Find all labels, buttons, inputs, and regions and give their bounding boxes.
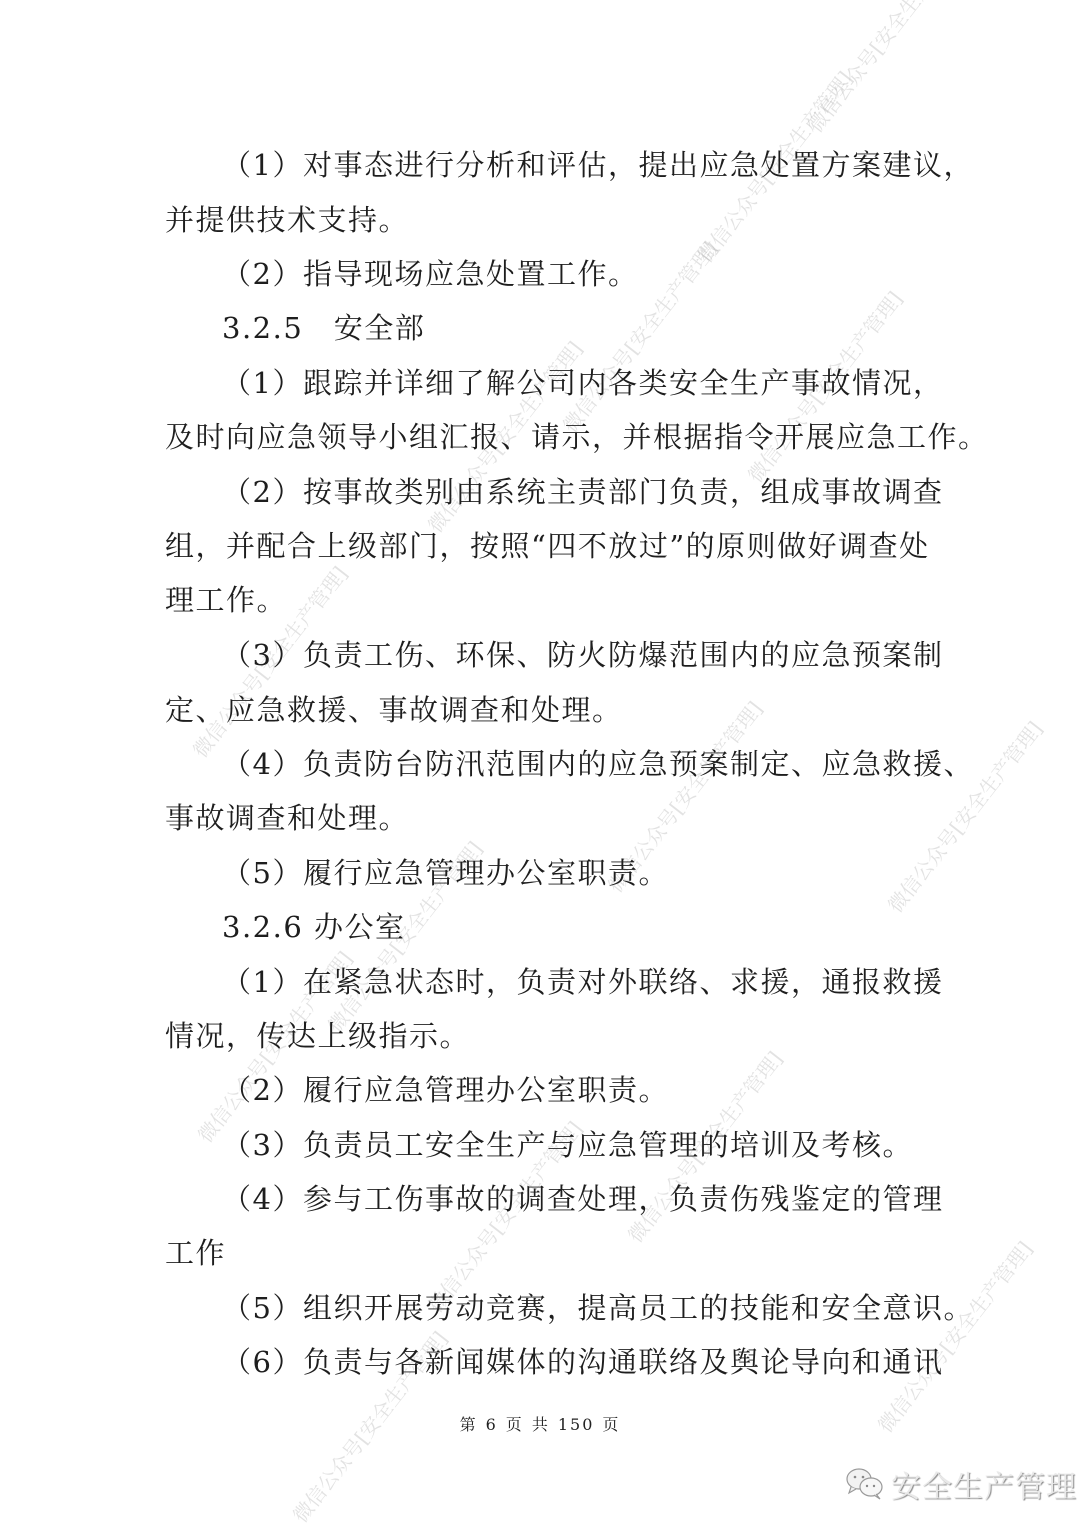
footer-page-unit: 页 [506, 1415, 524, 1434]
watermark: 微信公众号[安全生产管理] [870, 1234, 1038, 1438]
text-line: （3）负责工伤、环保、防火防爆范围内的应急预案制 [222, 635, 943, 675]
text-line: 工作 [165, 1233, 226, 1273]
text-line: （4）负责防台防汛范围内的应急预案制定、应急救援、 [222, 744, 974, 784]
text-line: 组，并配合上级部门，按照“四不放过”的原则做好调查处 [165, 526, 930, 566]
text-line: 并提供技术支持。 [165, 200, 409, 240]
brand-label: 安全生产管理 [891, 1462, 1077, 1506]
text-line: 及时向应急领导小组汇报、请示，并根据指令开展应急工作。 [165, 417, 989, 457]
text-line: （6）负责与各新闻媒体的沟通联络及舆论导向和通讯 [222, 1342, 943, 1382]
text-line: 定、应急救援、事故调查和处理。 [165, 690, 623, 730]
document-page: 微信公众号[安全生产管理] 微信公众号[安全生产管理] 微信公众号[安全生产管理… [0, 0, 1080, 1528]
text-line: 理工作。 [165, 580, 287, 620]
page-number-footer: 第6页共150页 [0, 1412, 1080, 1435]
text-line: 情况，传达上级指示。 [165, 1016, 470, 1056]
footer-total-prefix: 共 [532, 1415, 550, 1434]
brand-watermark: 安全生产管理 [845, 1462, 1077, 1506]
footer-prefix: 第 [460, 1415, 478, 1434]
total-pages: 150 [558, 1415, 595, 1434]
text-line: （1）在紧急状态时，负责对外联络、求援，通报救援 [222, 962, 943, 1002]
text-line: （5）履行应急管理办公室职责。 [222, 853, 669, 893]
text-line: （3）负责员工安全生产与应急管理的培训及考核。 [222, 1125, 913, 1165]
footer-total-unit: 页 [602, 1415, 620, 1434]
text-line: （2）按事故类别由系统主责部门负责，组成事故调查 [222, 472, 943, 512]
text-line: （1）跟踪并详细了解公司内各类安全生产事故情况， [222, 363, 943, 403]
text-line: （1）对事态进行分析和评估，提出应急处置方案建议， [222, 145, 974, 185]
text-line: （2）履行应急管理办公室职责。 [222, 1070, 669, 1110]
text-line: （2）指导现场应急处置工作。 [222, 254, 638, 294]
current-page: 6 [486, 1415, 498, 1434]
text-line: 3.2.5 安全部 [222, 308, 425, 348]
text-line: 事故调查和处理。 [165, 798, 409, 838]
wechat-icon [845, 1466, 885, 1502]
text-line: （5）组织开展劳动竞赛，提高员工的技能和安全意识。 [222, 1288, 974, 1328]
text-line: （4）参与工伤事故的调查处理，负责伤残鉴定的管理 [222, 1179, 943, 1219]
watermark: 微信公众号[安全生产管理] [800, 0, 968, 138]
text-line: 3.2.6 办公室 [222, 907, 406, 947]
